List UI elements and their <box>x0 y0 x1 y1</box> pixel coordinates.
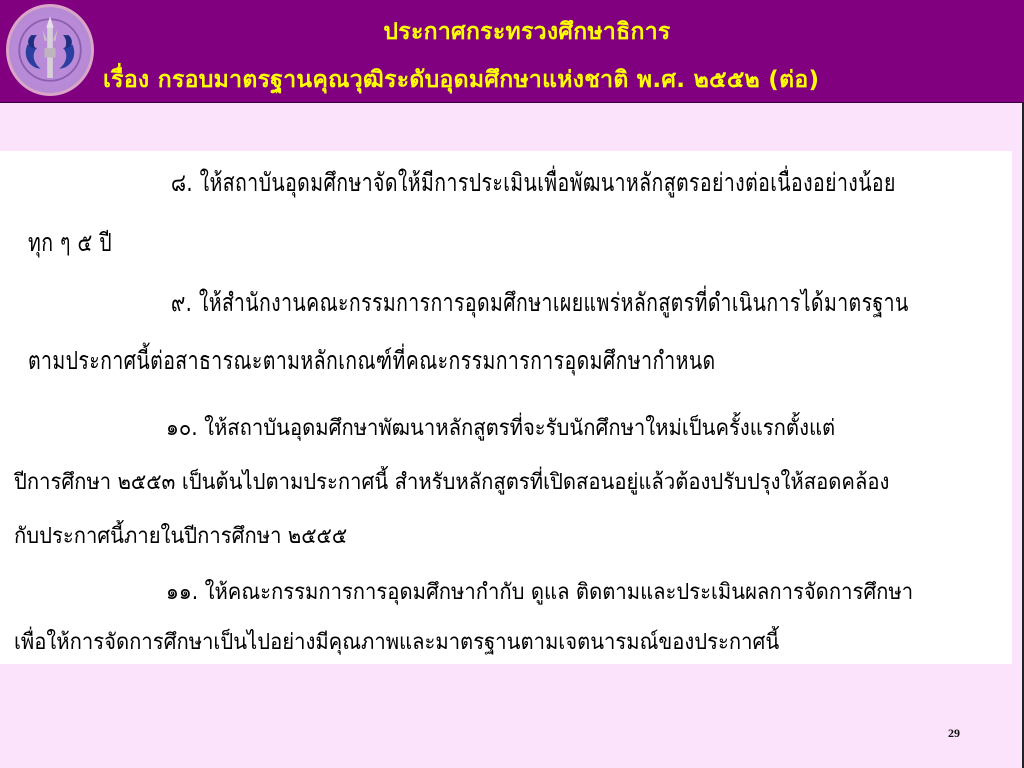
paragraph-11-line-2: เพื่อให้การจัดการศึกษาเป็นไปอย่างมีคุณภา… <box>14 624 779 659</box>
paragraph-10-line-2: ปีการศึกษา ๒๕๕๓ เป็นต้นไปตามประกาศนี้ สำ… <box>14 464 889 499</box>
slide-header: ประกาศกระทรวงศึกษาธิการ เรื่อง กรอบมาตรฐ… <box>0 0 1024 103</box>
announcement-subject: เรื่อง กรอบมาตรฐานคุณวุฒิระดับอุดมศึกษาแ… <box>103 62 1003 98</box>
paragraph-8-line-2: ทุก ๆ ๕ ปี <box>28 223 112 263</box>
paragraph-10-line-3: กับประกาศนี้ภายในปีการศึกษา ๒๕๕๕ <box>14 518 347 553</box>
top-band <box>0 103 1024 151</box>
page-number: 29 <box>948 726 960 741</box>
announcement-title: ประกาศกระทรวงศึกษาธิการ <box>0 14 1024 50</box>
slide-footer <box>0 664 1024 768</box>
paragraph-10-line-1: ๑๐. ให้สถาบันอุดมศึกษาพัฒนาหลักสูตรที่จะ… <box>166 410 835 445</box>
paragraph-8-line-1: ๘. ให้สถาบันอุดมศึกษาจัดให้มีการประเมินเ… <box>171 163 896 203</box>
paragraph-9-line-2: ตามประกาศนี้ต่อสาธารณะตามหลักเกณฑ์ที่คณะ… <box>28 341 716 381</box>
paragraph-11-line-1: ๑๑. ให้คณะกรรมการการอุดมศึกษากำกับ ดูแล … <box>166 574 913 609</box>
paragraph-9-line-1: ๙. ให้สำนักงานคณะกรรมการการอุดมศึกษาเผยแ… <box>171 283 909 323</box>
document-content: ๘. ให้สถาบันอุดมศึกษาจัดให้มีการประเมินเ… <box>0 151 1012 664</box>
